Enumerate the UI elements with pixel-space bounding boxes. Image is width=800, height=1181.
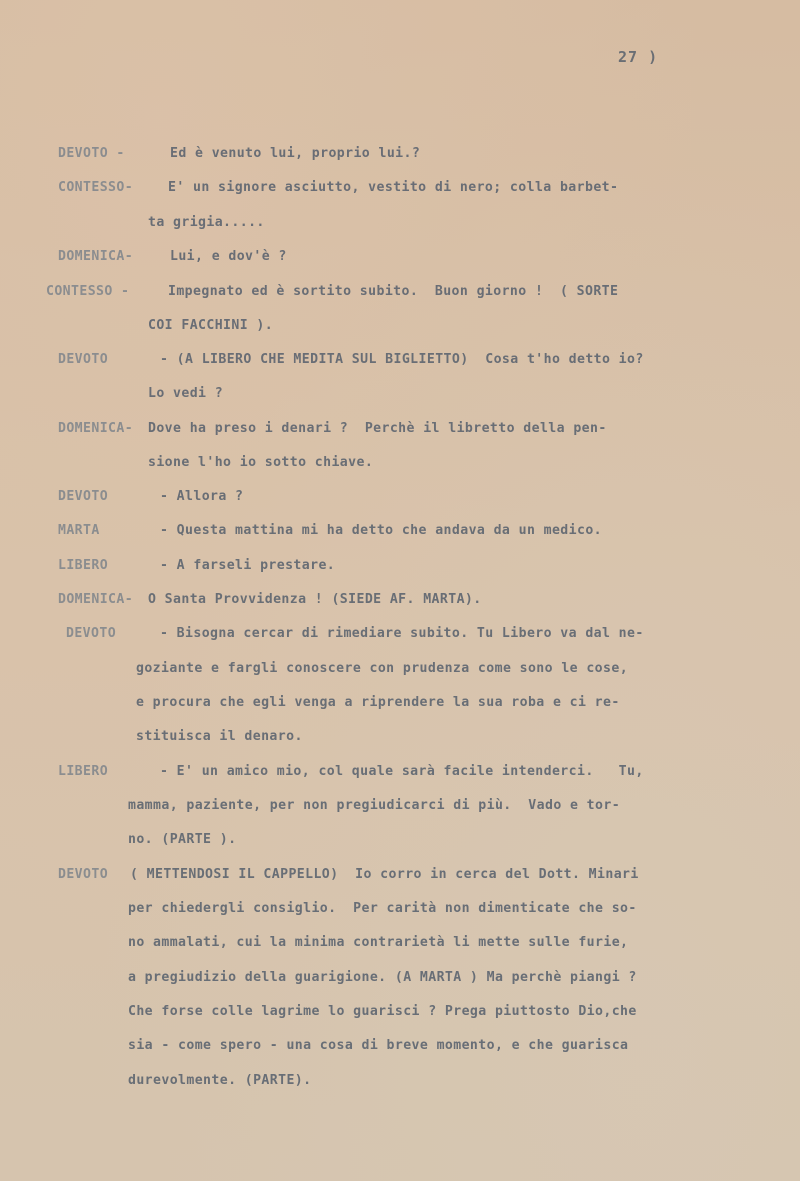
speaker-name: DOMENICA- bbox=[58, 592, 133, 607]
dialogue-continuation: durevolmente. (PARTE). bbox=[128, 1073, 311, 1088]
dialogue-continuation: Che forse colle lagrime lo guarisci ? Pr… bbox=[128, 1004, 637, 1019]
speaker-name: DEVOTO bbox=[58, 867, 108, 882]
dialogue-line: - A farseli prestare. bbox=[160, 558, 335, 573]
dialogue-line: Ed è venuto lui, proprio lui.? bbox=[170, 146, 420, 161]
speaker-name: DEVOTO bbox=[58, 352, 108, 367]
dialogue-continuation: e procura che egli venga a riprendere la… bbox=[136, 695, 620, 710]
speaker-name: DEVOTO bbox=[58, 489, 108, 504]
dialogue-continuation: per chiedergli consiglio. Per carità non… bbox=[128, 901, 637, 916]
dialogue-continuation: sione l'ho io sotto chiave. bbox=[148, 455, 373, 470]
page-number: 27 ) bbox=[618, 48, 658, 66]
dialogue-line: E' un signore asciutto, vestito di nero;… bbox=[168, 180, 618, 195]
speaker-name: LIBERO bbox=[58, 558, 108, 573]
dialogue-line: - E' un amico mio, col quale sarà facile… bbox=[160, 764, 644, 779]
speaker-name: DOMENICA- bbox=[58, 421, 133, 436]
speaker-name: DEVOTO - bbox=[58, 146, 125, 161]
dialogue-continuation: a pregiudizio della guarigione. (A MARTA… bbox=[128, 970, 637, 985]
typewritten-page: 27 ) DEVOTO -Ed è venuto lui, proprio lu… bbox=[0, 0, 800, 1181]
dialogue-line: ( METTENDOSI IL CAPPELLO) Io corro in ce… bbox=[130, 867, 639, 882]
dialogue-continuation: mamma, paziente, per non pregiudicarci d… bbox=[128, 798, 620, 813]
speaker-name: CONTESSO - bbox=[46, 284, 129, 299]
dialogue-line: - Questa mattina mi ha detto che andava … bbox=[160, 523, 602, 538]
dialogue-line: O Santa Provvidenza ! (SIEDE AF. MARTA). bbox=[148, 592, 482, 607]
dialogue-line: Impegnato ed è sortito subito. Buon gior… bbox=[168, 284, 618, 299]
dialogue-continuation: ta grigia..... bbox=[148, 215, 265, 230]
dialogue-continuation: no ammalati, cui la minima contrarietà l… bbox=[128, 935, 628, 950]
speaker-name: DEVOTO bbox=[66, 626, 116, 641]
dialogue-line: Dove ha preso i denari ? Perchè il libre… bbox=[148, 421, 607, 436]
dialogue-line: - Bisogna cercar di rimediare subito. Tu… bbox=[160, 626, 644, 641]
dialogue-continuation: sia - come spero - una cosa di breve mom… bbox=[128, 1038, 628, 1053]
dialogue-continuation: no. (PARTE ). bbox=[128, 832, 236, 847]
dialogue-continuation: COI FACCHINI ). bbox=[148, 318, 273, 333]
speaker-name: MARTA bbox=[58, 523, 100, 538]
speaker-name: LIBERO bbox=[58, 764, 108, 779]
speaker-name: CONTESSO- bbox=[58, 180, 133, 195]
dialogue-continuation: Lo vedi ? bbox=[148, 386, 223, 401]
speaker-name: DOMENICA- bbox=[58, 249, 133, 264]
dialogue-line: - (A LIBERO CHE MEDITA SUL BIGLIETTO) Co… bbox=[160, 352, 644, 367]
dialogue-continuation: stituisca il denaro. bbox=[136, 729, 303, 744]
dialogue-continuation: goziante e fargli conoscere con prudenza… bbox=[136, 661, 628, 676]
dialogue-line: - Allora ? bbox=[160, 489, 243, 504]
dialogue-line: Lui, e dov'è ? bbox=[170, 249, 287, 264]
